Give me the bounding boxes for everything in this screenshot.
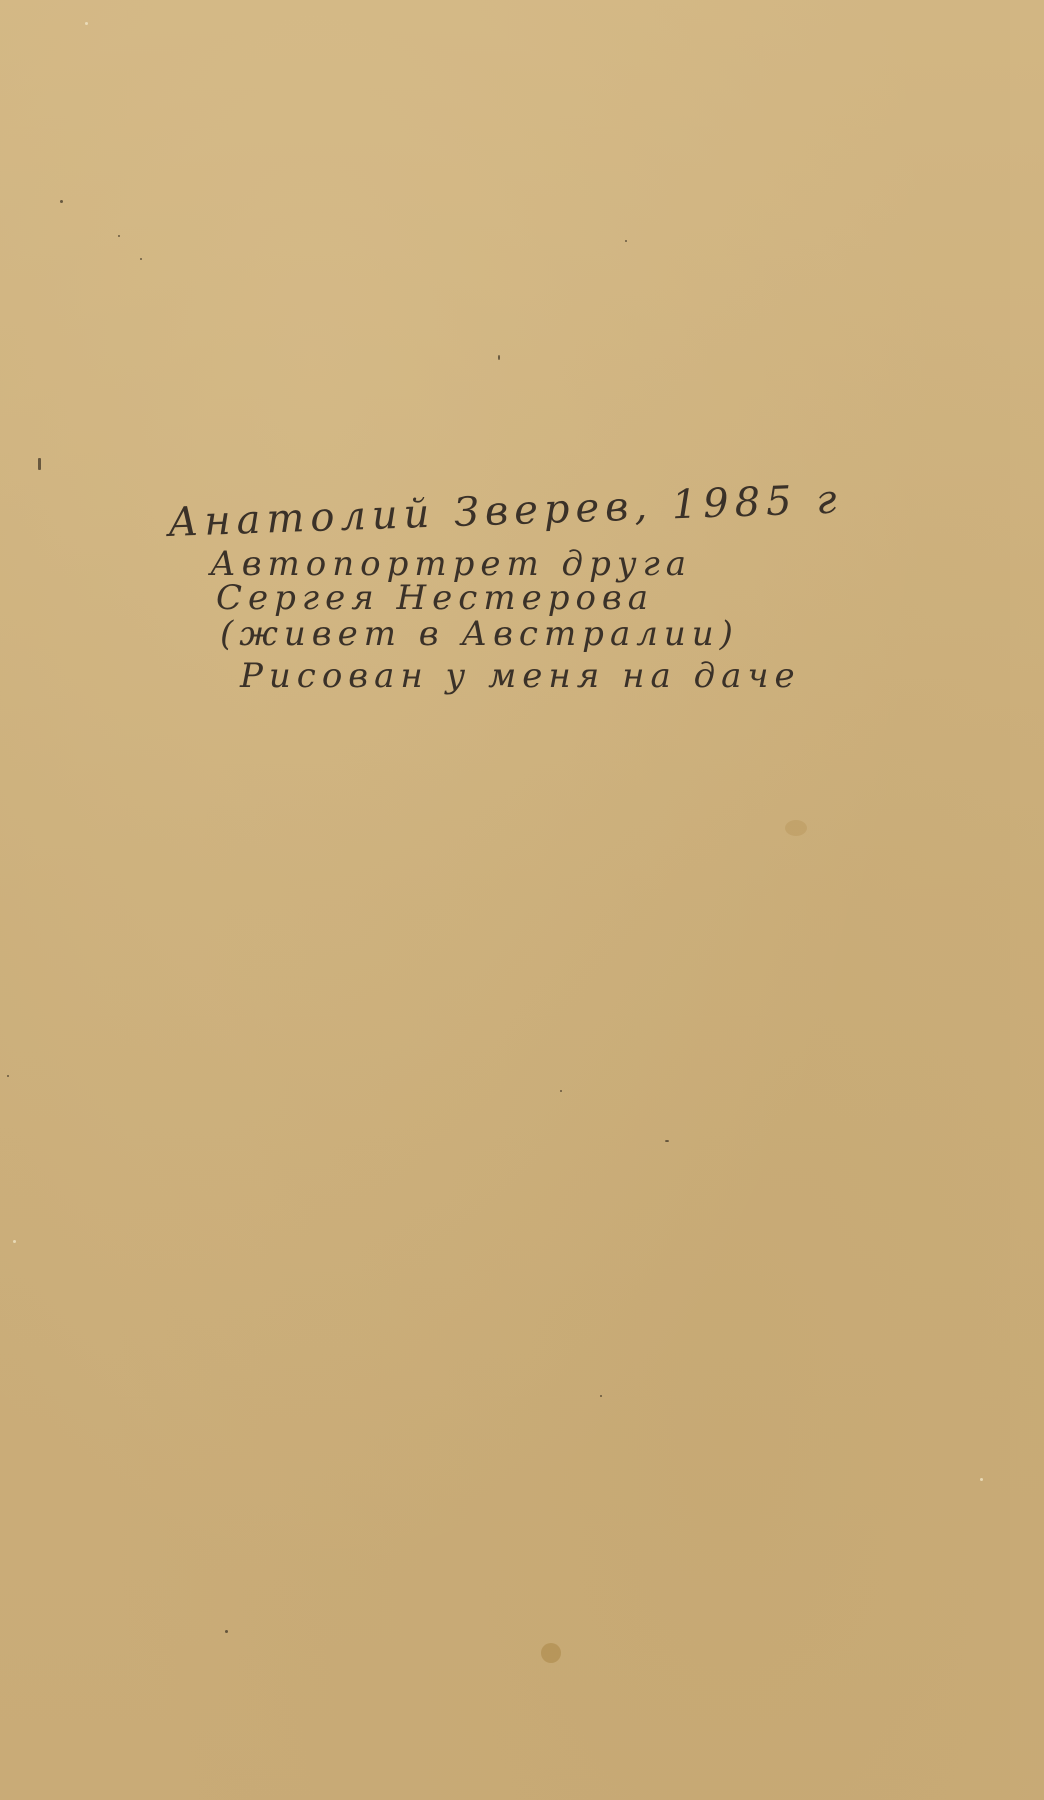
speck [38, 458, 41, 470]
speck [665, 1140, 669, 1142]
inscription-line-note: (живет в Австралии) [220, 614, 888, 654]
inscription-line-sitter: Сергея Нестерова [216, 578, 888, 618]
speck [560, 1090, 562, 1092]
speck [60, 200, 63, 203]
stain [541, 1643, 561, 1663]
speck [600, 1395, 602, 1397]
speck [225, 1630, 228, 1633]
speck [140, 258, 142, 260]
speck [625, 240, 627, 242]
speck [85, 22, 88, 25]
speck [980, 1478, 983, 1481]
stain [785, 820, 807, 836]
speck [498, 355, 500, 360]
speck [13, 1240, 16, 1243]
handwritten-inscription: Анатолий Зверев, 1985 г Автопортрет друг… [168, 500, 888, 696]
speck [7, 1075, 9, 1077]
cardboard-backing [0, 0, 1044, 1800]
speck [118, 235, 120, 237]
inscription-line-location: Рисован у меня на даче [240, 656, 888, 696]
